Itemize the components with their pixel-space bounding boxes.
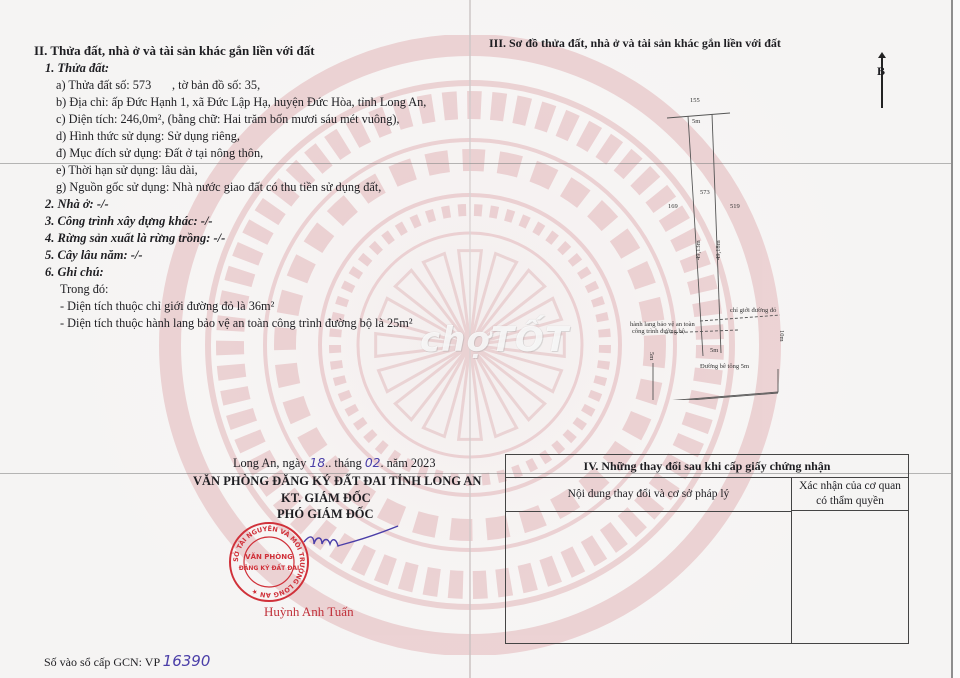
parcel-id-label: 573 bbox=[700, 189, 710, 196]
map-sheet-number: , tờ bản đồ số: 35, bbox=[172, 78, 260, 93]
neighbor-right-label: 519 bbox=[730, 203, 740, 210]
corridor-label-1: hành lang bảo vệ an toàn bbox=[630, 321, 696, 328]
registry-number: 16390 bbox=[163, 652, 211, 670]
authority-header-line2: có thẩm quyền bbox=[792, 494, 908, 509]
usage-form: d) Hình thức sử dụng: Sử dụng riêng, bbox=[56, 129, 240, 144]
parcel-address: b) Địa chỉ: ấp Đức Hạnh 1, xã Đức Lập Hạ… bbox=[56, 95, 426, 110]
usage-term: e) Thời hạn sử dụng: lâu dài, bbox=[56, 163, 198, 178]
right-side-length: 49,18m bbox=[715, 240, 722, 260]
usage-origin: g) Nguồn gốc sử dụng: Nhà nước giao đất … bbox=[56, 180, 381, 195]
plantation-forest-item: 4. Rừng sản xuất là rừng trồng: -/- bbox=[45, 231, 225, 246]
land-certificate-page: II. Thửa đất, nhà ở và tài sản khác gắn … bbox=[0, 0, 960, 678]
land-parcel-heading: 1. Thửa đất: bbox=[45, 61, 109, 76]
neighbor-top-label: 155 bbox=[690, 97, 700, 104]
right-depth-label: 10m bbox=[778, 330, 785, 342]
signer-name: Huỳnh Anh Tuấn bbox=[264, 604, 354, 620]
parcel-number: a) Thửa đất số: 573 bbox=[56, 78, 151, 93]
parcel-area: c) Diện tích: 246,0m², (bằng chữ: Hai tr… bbox=[56, 112, 400, 127]
other-construction-item: 3. Công trình xây dựng khác: -/- bbox=[45, 214, 213, 229]
section-iii-title: III. Sơ đồ thửa đất, nhà ở và tài sản kh… bbox=[489, 36, 781, 51]
date-month-label: tháng bbox=[334, 456, 361, 470]
changes-table-title: IV. Những thay đổi sau khi cấp giấy chứn… bbox=[506, 455, 908, 478]
neighbor-left-label: 169 bbox=[668, 203, 678, 210]
authority-header-line1: Xác nhận của cơ quan bbox=[792, 479, 908, 494]
date-day: 18 bbox=[310, 456, 326, 470]
changes-content-header: Nội dung thay đổi và cơ sở pháp lý bbox=[506, 477, 791, 512]
note-road-corridor-area: - Diện tích thuộc hành lang bảo vệ an to… bbox=[60, 316, 413, 331]
left-depth-label: 5m bbox=[648, 352, 655, 360]
bottom-width-label: 5m bbox=[710, 347, 718, 354]
corridor-label-2: công trình đường bộ bbox=[632, 328, 685, 335]
authority-confirmation-header: Xác nhận của cơ quan có thẩm quyền bbox=[791, 477, 908, 511]
red-line-label: chỉ giới đường đỏ bbox=[730, 307, 776, 314]
top-width-label: 5m bbox=[692, 118, 700, 125]
signer-kt-title: KT. GIÁM ĐỐC bbox=[281, 491, 371, 506]
road-label: Đường bê tông 5m bbox=[700, 363, 749, 370]
notes-heading: 6. Ghi chú: bbox=[45, 265, 104, 280]
date-prefix: Long An, ngày bbox=[233, 456, 306, 470]
signature bbox=[296, 520, 446, 556]
registry-label: Số vào sổ cấp GCN: VP bbox=[44, 655, 160, 669]
north-arrow: B bbox=[877, 52, 887, 112]
date-year: năm 2023 bbox=[387, 456, 436, 470]
page-margin bbox=[953, 0, 960, 678]
parcel-sketch-diagram: 155 5m 573 169 519 49,13m 49,18m chỉ giớ… bbox=[620, 90, 800, 400]
usage-purpose: đ) Mục đích sử dụng: Đất ở tại nông thôn… bbox=[56, 146, 263, 161]
house-item: 2. Nhà ở: -/- bbox=[45, 197, 109, 212]
svg-text:VĂN PHÒNG: VĂN PHÒNG bbox=[245, 552, 293, 561]
changes-table: IV. Những thay đổi sau khi cấp giấy chứn… bbox=[505, 454, 909, 644]
authority-confirmation-cell bbox=[791, 511, 909, 643]
signing-place-date: Long An, ngày 18.. tháng 02. năm 2023 bbox=[233, 456, 435, 471]
note-red-line-area: - Diện tích thuộc chỉ giới đường đỏ là 3… bbox=[60, 299, 274, 314]
issuing-office: VĂN PHÒNG ĐĂNG KÝ ĐẤT ĐAI TỈNH LONG AN bbox=[193, 474, 481, 489]
section-ii-title: II. Thửa đất, nhà ở và tài sản khác gắn … bbox=[34, 43, 315, 59]
north-label: B bbox=[877, 64, 885, 79]
left-side-length: 49,13m bbox=[695, 240, 702, 260]
svg-text:ĐĂNG KÝ ĐẤT ĐAI: ĐĂNG KÝ ĐẤT ĐAI bbox=[239, 564, 300, 572]
perennial-trees-item: 5. Cây lâu năm: -/- bbox=[45, 248, 143, 263]
notes-intro: Trong đó: bbox=[60, 282, 108, 297]
date-month: 02 bbox=[365, 456, 381, 470]
chotot-watermark: chợTỐT bbox=[420, 320, 569, 360]
registry-entry: Số vào sổ cấp GCN: VP 16390 bbox=[44, 652, 210, 670]
